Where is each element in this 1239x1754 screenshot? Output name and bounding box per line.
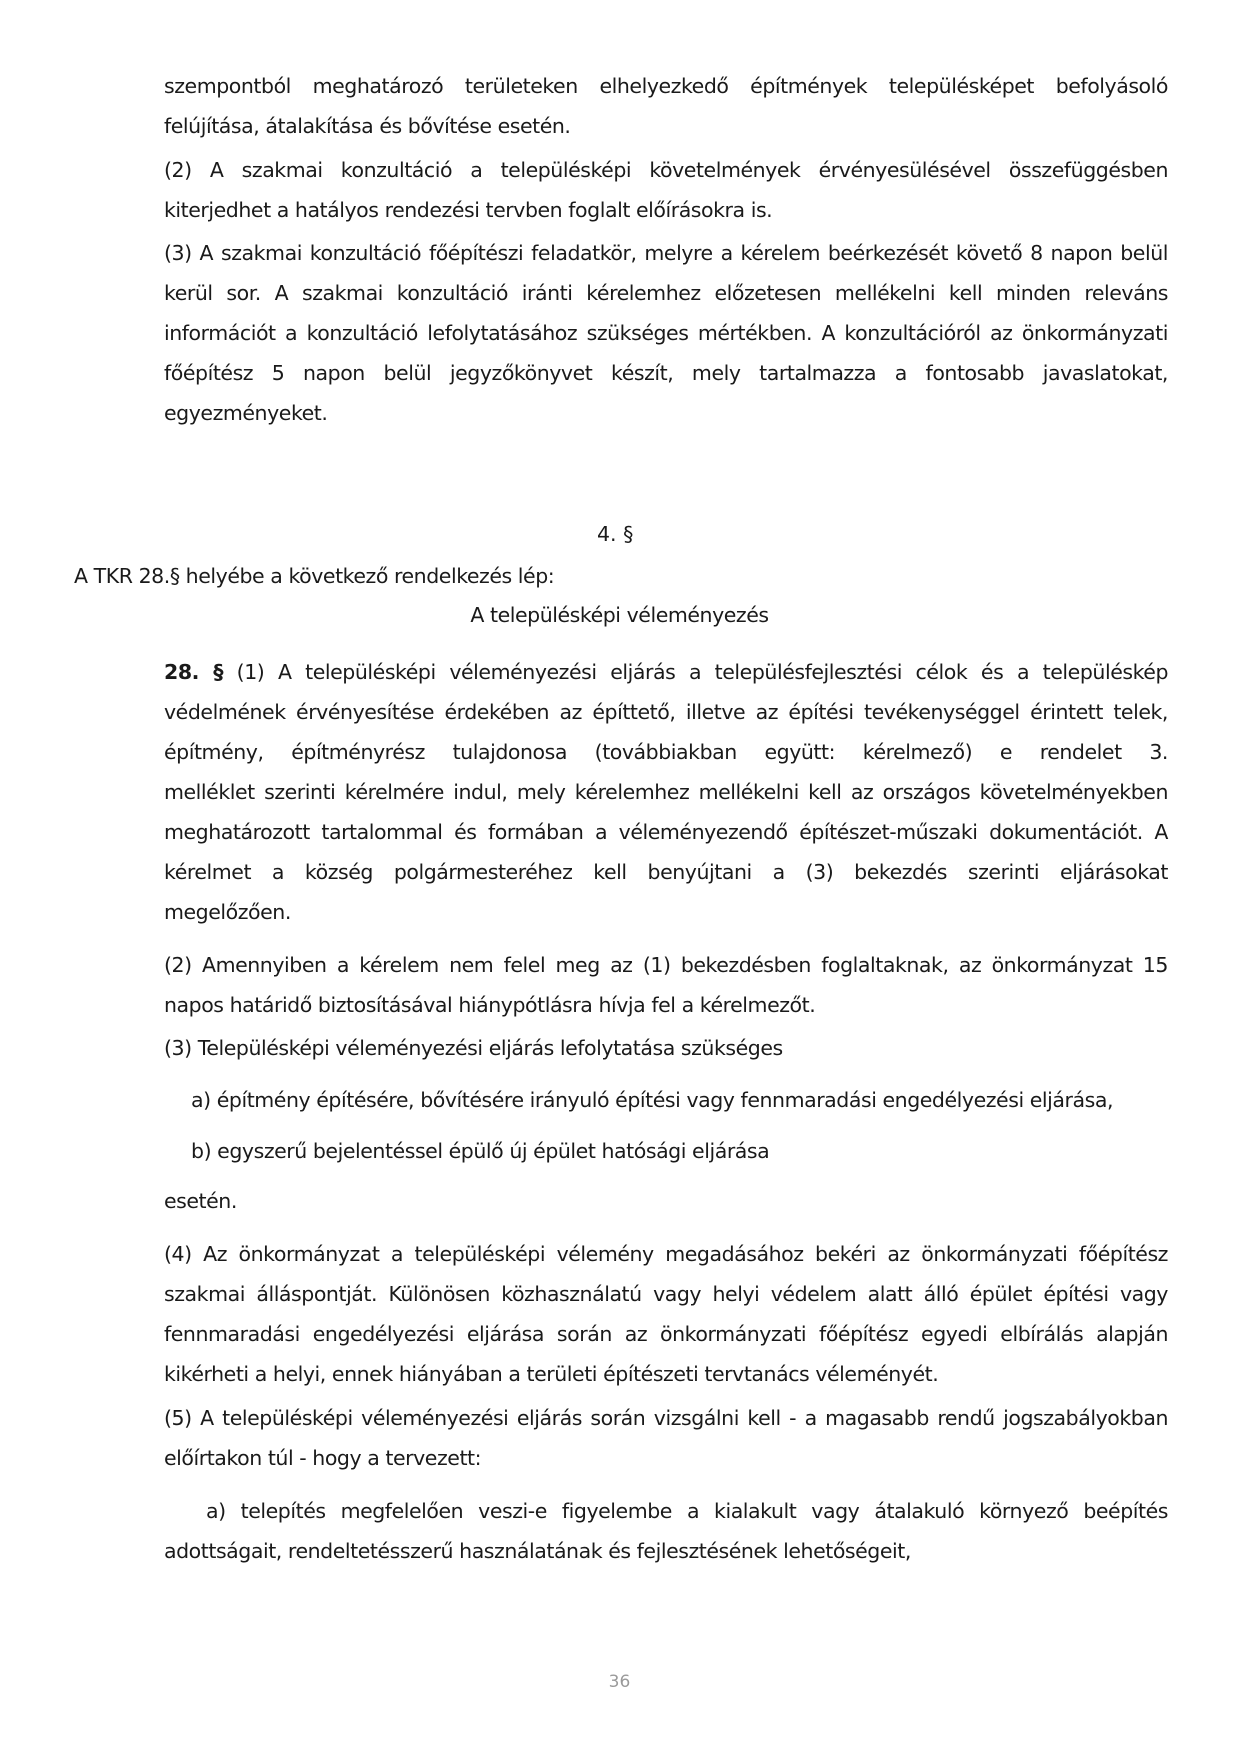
section-28-paragraph-5: (5) A településképi véleményezési eljárá…	[164, 1398, 1168, 1478]
text-line: építmény, építményrész tulajdonosa (tová…	[164, 732, 1168, 772]
text-line: kérelmet a község polgármesteréhez kell …	[164, 852, 1168, 892]
text-line: kerül sor. A szakmai konzultáció iránti …	[164, 273, 1168, 313]
text-line: (2) Amennyiben a kérelem nem felel meg a…	[164, 945, 1168, 985]
text-line: (3) Településképi véleményezési eljárás …	[164, 1028, 1168, 1068]
amendment-lead: A TKR 28.§ helyébe a következő rendelkez…	[74, 564, 554, 588]
text-line: napos határidő biztosításával hiánypótlá…	[164, 985, 1168, 1025]
text-line: védelmének érvényesítése érdekében az ép…	[164, 692, 1168, 732]
text-line: kikérheti a helyi, ennek hiányában a ter…	[164, 1354, 1168, 1394]
section-28-paragraph-2: (2) Amennyiben a kérelem nem felel meg a…	[164, 945, 1168, 1025]
text-line: (2) A szakmai konzultáció a településkép…	[164, 150, 1168, 190]
list-item-a: a) építmény építésére, bővítésére irányu…	[191, 1080, 1168, 1120]
list-item-b: b) egyszerű bejelentéssel épülő új épüle…	[191, 1131, 1168, 1171]
text-line: (1) A településképi véleményezési eljárá…	[223, 660, 1168, 684]
paragraph-continued: szempontból meghatározó területeken elhe…	[164, 66, 1168, 146]
text-line: előírtakon túl - hogy a tervezett:	[164, 1438, 1168, 1478]
section-28-paragraph-3: (3) Településképi véleményezési eljárás …	[164, 1028, 1168, 1068]
text-line: egyezményeket.	[164, 393, 1168, 433]
section-subtitle: A településképi véleményezés	[0, 603, 1239, 627]
paragraph-3: (3) A szakmai konzultáció főépítészi fel…	[164, 233, 1168, 433]
page-number: 36	[0, 1672, 1239, 1692]
text-line: (3) A szakmai konzultáció főépítészi fel…	[164, 233, 1168, 273]
text-line: szakmai álláspontját. Különösen közhaszn…	[164, 1274, 1168, 1314]
text-line: (5) A településképi véleményezési eljárá…	[164, 1398, 1168, 1438]
text-line: szempontból meghatározó területeken elhe…	[164, 66, 1168, 106]
text-line: (4) Az önkormányzat a településképi véle…	[164, 1234, 1168, 1274]
text-line: fennmaradási engedélyezési eljárása sorá…	[164, 1314, 1168, 1354]
text-line: kiterjedhet a hatályos rendezési tervben…	[164, 190, 1168, 230]
text-line: információt a konzultáció lefolytatásáho…	[164, 313, 1168, 353]
paragraph-2: (2) A szakmai konzultáció a településkép…	[164, 150, 1168, 230]
text-line: a) telepítés megfelelően veszi-e figyele…	[164, 1491, 1168, 1531]
text-line: főépítész 5 napon belül jegyzőkönyvet ké…	[164, 353, 1168, 393]
text-line: a) építmény építésére, bővítésére irányu…	[191, 1080, 1168, 1120]
list-closing: esetén.	[164, 1181, 1168, 1221]
section-28-paragraph-5-item-a: a) telepítés megfelelően veszi-e figyele…	[164, 1491, 1168, 1571]
text-line: b) egyszerű bejelentéssel épülő új épüle…	[191, 1131, 1168, 1171]
text-line: melléklet szerinti kérelmére indul, mely…	[164, 772, 1168, 812]
text-line: esetén.	[164, 1181, 1168, 1221]
text-line: adottságait, rendeltetésszerű használatá…	[164, 1531, 1168, 1571]
text-line: megelőzően.	[164, 892, 1168, 932]
text-line: felújítása, átalakítása és bővítése eset…	[164, 106, 1168, 146]
text-line: meghatározott tartalommal és formában a …	[164, 812, 1168, 852]
section-28-paragraph-1: 28. § (1) A településképi véleményezési …	[164, 652, 1168, 932]
section-heading: 4. §	[597, 522, 633, 546]
section-28-paragraph-4: (4) Az önkormányzat a településképi véle…	[164, 1234, 1168, 1394]
section-label: 28. §	[164, 660, 223, 684]
document-page: szempontból meghatározó területeken elhe…	[0, 0, 1239, 1754]
